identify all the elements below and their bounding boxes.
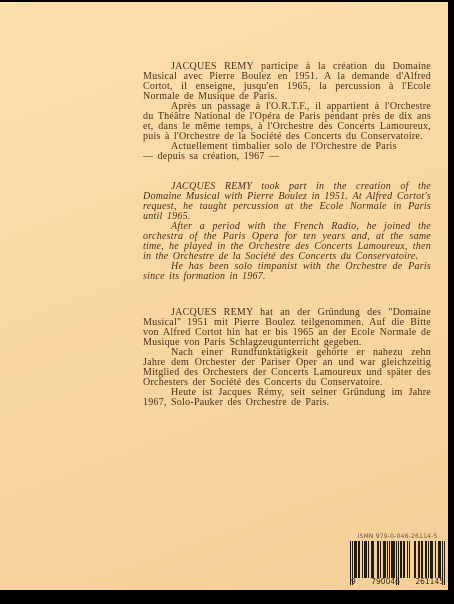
ismn-label: ISMN 979-0-046-26114-5 [349,533,446,540]
english-paragraph-2: After a period with the French Radio, he… [143,222,431,262]
german-paragraph-1: JACQUES REMY hat an der Gründung des "Do… [143,308,431,348]
biography-text-column: JACQUES REMY participe à la création du … [143,62,431,408]
ean-digits: 9 790046 261145 [349,578,446,586]
french-dateline: — depuis sa création, 1967 — [143,152,431,162]
german-paragraph-2: Nach einer Rundfunktätigkeit gehörte er … [143,348,431,388]
bio-section-english: JACQUES REMY took part in the creation o… [143,182,431,282]
bio-section-german: JACQUES REMY hat an der Gründung des "Do… [143,308,431,408]
scanned-page: JACQUES REMY participe à la création du … [0,0,454,604]
english-paragraph-3: He has been solo timpanist with the Orch… [143,262,431,282]
ean-digit-group-2: 790046 [371,578,400,586]
ean-digit-group-3: 261145 [415,578,444,586]
english-paragraph-1: JACQUES REMY took part in the creation o… [143,182,431,222]
ean-digit-group-1: 9 [351,578,356,586]
bio-section-french: JACQUES REMY participe à la création du … [143,62,431,162]
book-back-cover: JACQUES REMY participe à la création du … [0,2,448,590]
barcode-block: ISMN 979-0-046-26114-5 9 790046 261145 [349,533,446,586]
french-paragraph-1: JACQUES REMY participe à la création du … [143,62,431,102]
german-paragraph-3: Heute ist Jacques Rémy, seit seiner Grün… [143,388,431,408]
french-paragraph-2: Après un passage à l'O.R.T.F., il appart… [143,102,431,142]
